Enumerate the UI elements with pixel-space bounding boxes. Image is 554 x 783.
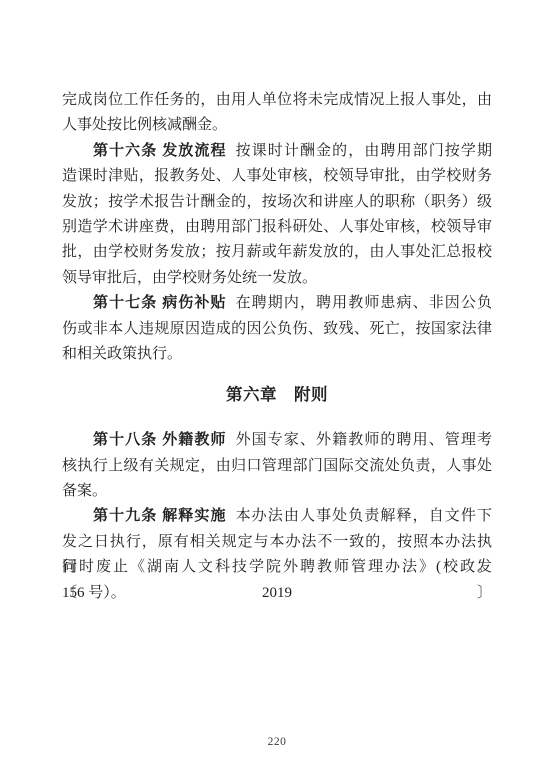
- line-text: 批，由学校财务发放；按月薪或年薪发放的，由人事处汇总报校: [62, 244, 492, 260]
- line-text: 在聘期内，聘用教师患病、非因公负: [236, 295, 492, 311]
- text-line: 造课时津贴，报教务处、人事处审核，校领导审批，由学校财务: [62, 164, 492, 189]
- article-title: 第十八条 外籍教师: [93, 432, 227, 448]
- document-page: 完成岗位工作任务的，由用人单位将未完成情况上报人事处，由 人事处按比例核减酬金。…: [0, 0, 554, 783]
- chapter-heading: 第六章 附则: [62, 381, 492, 409]
- line-text: 本办法由人事处负责解释，自文件下: [236, 508, 492, 524]
- line-text: 别造学术讲座费，由聘用部门报科研处、人事处审核，校领导审: [62, 219, 492, 235]
- text-line: 核执行上级有关规定，由归口管理部门国际交流处负责，人事处: [62, 454, 492, 479]
- article-title: 第十七条 病伤补贴: [93, 295, 227, 311]
- line-text: 同时废止《湖南人文科技学院外聘教师管理办法》(校政发〔2019〕: [62, 559, 492, 600]
- line-text: 核执行上级有关规定，由归口管理部门国际交流处负责，人事处: [62, 458, 492, 474]
- text-line: 批，由学校财务发放；按月薪或年薪发放的，由人事处汇总报校: [62, 240, 492, 265]
- text-line: 和相关政策执行。: [62, 342, 492, 367]
- text-line: 发放；按学术报告计酬金的，按场次和讲座人的职称（职务）级: [62, 190, 492, 215]
- article-line: 第十六条 发放流程按课时计酬金的，由聘用部门按学期: [62, 139, 492, 164]
- text-line: 发之日执行，原有相关规定与本办法不一致的，按照本办法执行。: [62, 530, 492, 555]
- text-line: 人事处按比例核减酬金。: [62, 113, 492, 138]
- line-text: 和相关政策执行。: [62, 346, 182, 362]
- article-line: 第十九条 解释实施本办法由人事处负责解释，自文件下: [62, 504, 492, 529]
- text-line: 完成岗位工作任务的，由用人单位将未完成情况上报人事处，由: [62, 88, 492, 113]
- line-text: 备案。: [62, 483, 107, 499]
- article-title: 第十九条 解释实施: [93, 508, 227, 524]
- line-text: 发放；按学术报告计酬金的，按场次和讲座人的职称（职务）级: [62, 194, 492, 210]
- text-line: 备案。: [62, 479, 492, 504]
- line-text: 领导审批后，由学校财务处统一发放。: [62, 270, 317, 286]
- line-text: 按课时计酬金的，由聘用部门按学期: [236, 143, 492, 159]
- page-number: 220: [0, 736, 554, 748]
- document-body: 完成岗位工作任务的，由用人单位将未完成情况上报人事处，由 人事处按比例核减酬金。…: [62, 88, 492, 606]
- line-text: 完成岗位工作任务的，由用人单位将未完成情况上报人事处，由: [62, 92, 492, 108]
- line-text: 外国专家、外籍教师的聘用、管理考: [236, 432, 492, 448]
- line-text: 伤或非本人违规原因造成的因公负伤、致残、死亡，按国家法律: [62, 321, 492, 337]
- text-line: 领导审批后，由学校财务处统一发放。: [62, 266, 492, 291]
- text-line: 伤或非本人违规原因造成的因公负伤、致残、死亡，按国家法律: [62, 317, 492, 342]
- article-line: 第十八条 外籍教师外国专家、外籍教师的聘用、管理考: [62, 428, 492, 453]
- text-line: 同时废止《湖南人文科技学院外聘教师管理办法》(校政发〔2019〕: [62, 555, 492, 580]
- article-line: 第十七条 病伤补贴在聘期内，聘用教师患病、非因公负: [62, 291, 492, 316]
- article-title: 第十六条 发放流程: [93, 143, 227, 159]
- line-text: 156 号）。: [62, 585, 126, 601]
- line-text: 人事处按比例核减酬金。: [62, 117, 227, 133]
- text-line: 别造学术讲座费，由聘用部门报科研处、人事处审核，校领导审: [62, 215, 492, 240]
- line-text: 造课时津贴，报教务处、人事处审核，校领导审批，由学校财务: [62, 168, 492, 184]
